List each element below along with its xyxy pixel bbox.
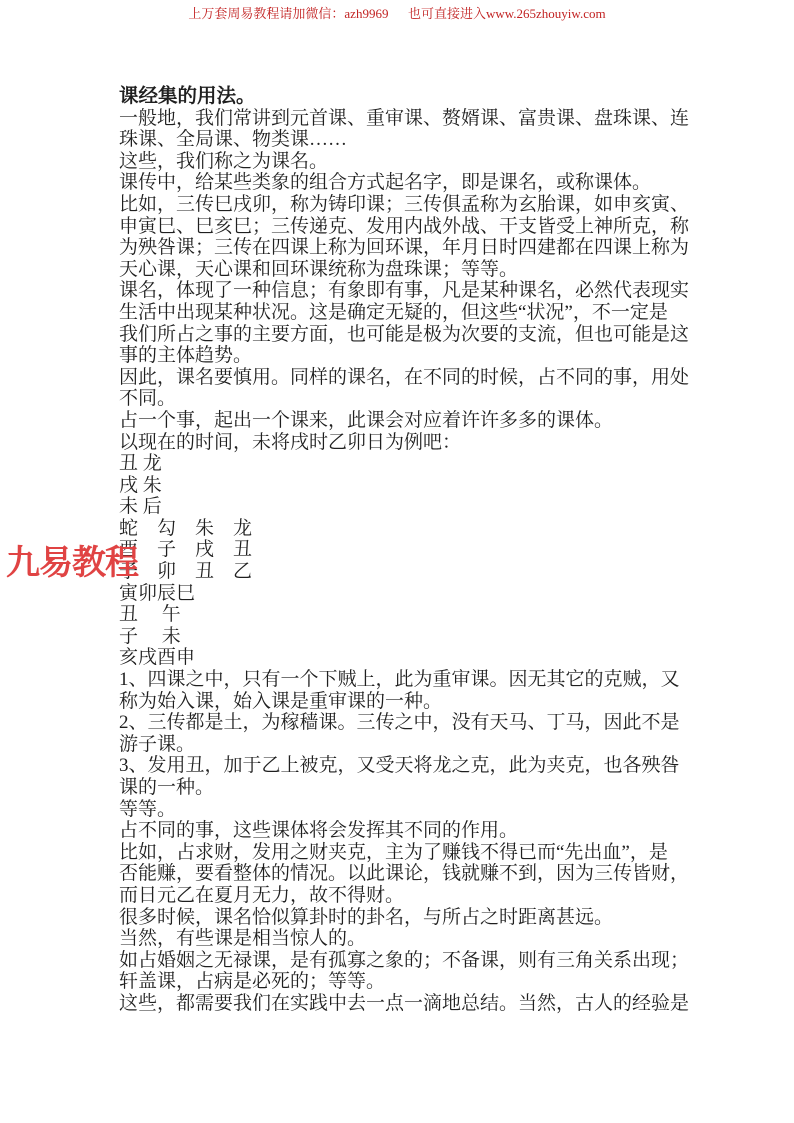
text-line: 这些，我们称之为课名。 (119, 151, 679, 173)
pan-plate-line: 寅卯辰巳 (119, 583, 679, 605)
pan-transmission-line: 未 后 (119, 496, 679, 518)
watermark: 九易教程 (6, 542, 138, 584)
text-line: 课的一种。 (119, 777, 679, 799)
liuren-heaven-plate-square: 寅卯辰巳丑 午子 未亥戌酉申 (119, 583, 679, 669)
text-line: 占一个事，起出一个课来，此课会对应着许许多多的课体。 (119, 410, 679, 432)
text-line: 而日元乙在夏月无力，故不得财。 (119, 885, 679, 907)
text-line: 课名，体现了一种信息；有象即有事，凡是某种课名，必然代表现实 (119, 280, 679, 302)
text-line: 不同。 (119, 388, 679, 410)
article-title: 课经集的用法。 (119, 86, 679, 108)
pan-plate-line: 丑 午 (119, 604, 679, 626)
analysis-paragraph-lines: 1、四课之中，只有一个下贼上，此为重审课。因无其它的克贼，又称为始入课，始入课是… (119, 669, 679, 1015)
text-line: 一般地，我们常讲到元首课、重审课、赘婿课、富贵课、盘珠课、连 (119, 108, 679, 130)
header-notice: 上万套周易教程请加微信：azh9969 也可直接进入www.265zhouyiw… (0, 6, 794, 22)
text-line: 事的主体趋势。 (119, 345, 679, 367)
text-line: 比如，三传巳戌卯，称为铸印课；三传俱孟称为玄胎课，如申亥寅、 (119, 194, 679, 216)
pan-lesson-line: 酉 子 戌 丑 (119, 539, 679, 561)
text-line: 等等。 (119, 799, 679, 821)
intro-paragraph-lines: 一般地，我们常讲到元首课、重审课、赘婿课、富贵课、盘珠课、连珠课、全局课、物类课… (119, 108, 679, 454)
text-line: 珠课、全局课、物类课…… (119, 129, 679, 151)
pan-lesson-line: 子 卯 丑 乙 (119, 561, 679, 583)
liuren-four-lessons: 蛇 勾 朱 龙酉 子 戌 丑子 卯 丑 乙 (119, 518, 679, 583)
text-line: 1、四课之中，只有一个下贼上，此为重审课。因无其它的克贼，又 (119, 669, 679, 691)
liuren-three-transmissions: 丑 龙戌 朱未 后 (119, 453, 679, 518)
text-line: 申寅巳、巳亥巳；三传递克、发用内战外战、干支皆受上神所克，称 (119, 216, 679, 238)
text-line: 轩盖课，占病是必死的；等等。 (119, 971, 679, 993)
text-line: 比如，占求财，发用之财夹克，主为了赚钱不得已而“先出血”，是 (119, 842, 679, 864)
pan-lesson-line: 蛇 勾 朱 龙 (119, 518, 679, 540)
pan-plate-line: 子 未 (119, 626, 679, 648)
article-body: 课经集的用法。 一般地，我们常讲到元首课、重审课、赘婿课、富贵课、盘珠课、连珠课… (119, 86, 679, 1015)
text-line: 这些，都需要我们在实践中去一点一滴地总结。当然，古人的经验是 (119, 993, 679, 1015)
text-line: 称为始入课，始入课是重审课的一种。 (119, 691, 679, 713)
text-line: 当然，有些课是相当惊人的。 (119, 928, 679, 950)
pan-transmission-line: 丑 龙 (119, 453, 679, 475)
text-line: 游子课。 (119, 734, 679, 756)
text-line: 我们所占之事的主要方面，也可能是极为次要的支流，但也可能是这 (119, 324, 679, 346)
text-line: 生活中出现某种状况。这是确定无疑的，但这些“状况”，不一定是 (119, 302, 679, 324)
text-line: 因此，课名要慎用。同样的课名，在不同的时候，占不同的事，用处 (119, 367, 679, 389)
pan-plate-line: 亥戌酉申 (119, 647, 679, 669)
text-line: 以现在的时间，未将戌时乙卯日为例吧： (119, 432, 679, 454)
text-line: 天心课，天心课和回环课统称为盘珠课；等等。 (119, 259, 679, 281)
text-line: 为殃咎课；三传在四课上称为回环课，年月日时四建都在四课上称为 (119, 237, 679, 259)
text-line: 如占婚姻之无禄课，是有孤寡之象的；不备课，则有三角关系出现； (119, 950, 679, 972)
text-line: 很多时候，课名恰似算卦时的卦名，与所占之时距离甚远。 (119, 907, 679, 929)
document-page: 上万套周易教程请加微信：azh9969 也可直接进入www.265zhouyiw… (0, 0, 794, 1123)
text-line: 否能赚，要看整体的情况。以此课论，钱就赚不到，因为三传皆财， (119, 863, 679, 885)
text-line: 占不同的事，这些课体将会发挥其不同的作用。 (119, 820, 679, 842)
text-line: 课传中，给某些类象的组合方式起名字，即是课名，或称课体。 (119, 172, 679, 194)
pan-transmission-line: 戌 朱 (119, 475, 679, 497)
text-line: 3、发用丑，加于乙上被克，又受天将龙之克，此为夹克，也各殃咎 (119, 755, 679, 777)
text-line: 2、三传都是土，为稼穑课。三传之中，没有天马、丁马，因此不是 (119, 712, 679, 734)
